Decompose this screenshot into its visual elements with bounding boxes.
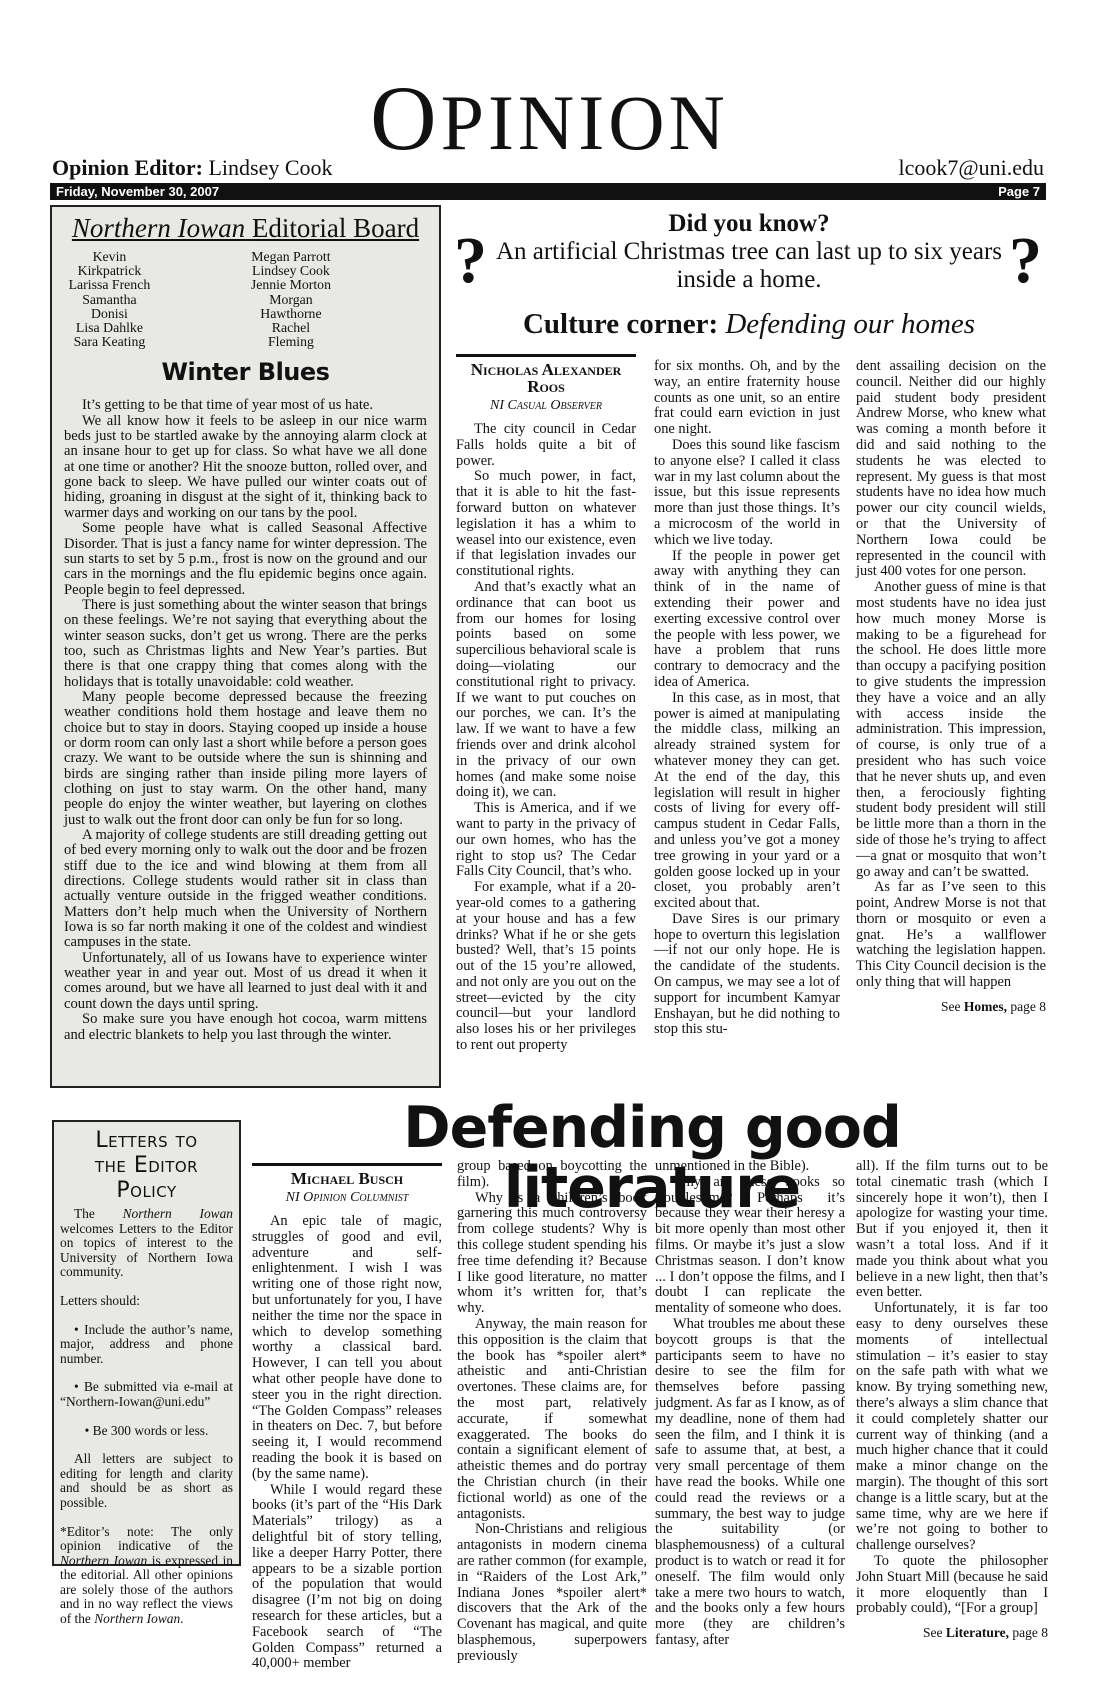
literature-column-1: Michael Busch NI Opinion Columnist An ep… [252, 1163, 442, 1672]
text: The [74, 1206, 95, 1221]
paragraph: An epic tale of magic, struggles of good… [252, 1214, 442, 1483]
paragraph: Unfortunately, it is far too easy to den… [856, 1301, 1048, 1554]
paragraph: The city council in Cedar Falls holds qu… [456, 422, 636, 469]
date-bar: Friday, November 30, 2007 Page 7 [50, 183, 1046, 200]
editorial-headline: Winter Blues [64, 358, 427, 386]
board-member: Lisa Dahlke [68, 321, 152, 335]
title-line: Policy [60, 1178, 233, 1203]
letters-policy-box: Letters to the Editor Policy The Norther… [52, 1120, 241, 1566]
paragraph: group based on boycotting the film). [457, 1159, 647, 1191]
text: *Editor’s note: The only opinion indicat… [60, 1524, 233, 1554]
byline-rule [456, 354, 636, 357]
author-role: NI Opinion Columnist [252, 1190, 442, 1206]
board-member: Larissa French [68, 278, 152, 292]
paragraph: This is America, and if we want to party… [456, 801, 636, 880]
culture-column-3: dent assailing decision on the council. … [856, 359, 1046, 1015]
paragraph: unmentioned in the Bible). [655, 1159, 845, 1175]
paragraph: Another guess of mine is that most stude… [856, 580, 1046, 880]
policy-rule: • Include the author’s name, major, addr… [60, 1323, 233, 1367]
article-body: for six months. Oh, and by the way, an e… [654, 359, 840, 1038]
board-members-right: Megan Parrott Lindsey Cook Jennie Morton… [249, 250, 423, 349]
paragraph: Unfortunately, all of us Iowans have to … [64, 951, 427, 1012]
literature-column-3: unmentioned in the Bible). Why are these… [655, 1159, 845, 1649]
editor-name: Lindsey Cook [208, 155, 332, 180]
policy-rules-label: Letters should: [60, 1294, 233, 1309]
editors-note: *Editor’s note: The only opinion indicat… [60, 1525, 233, 1627]
article-body: group based on boycotting the film). Why… [457, 1159, 647, 1665]
editor-credit: Opinion Editor: Lindsey Cook [52, 157, 333, 179]
continued-section: Literature, [946, 1625, 1009, 1640]
literature-column-4: all). If the film turns out to be total … [856, 1159, 1048, 1641]
editorial-body: It’s getting to be that time of year mos… [64, 398, 427, 1042]
board-member: Kevin Kirkpatrick [68, 250, 152, 278]
paragraph: Dave Sires is our primary hope to overtu… [654, 912, 840, 1038]
paper-name: Northern Iowan [94, 1611, 180, 1626]
title-line: Letters to [60, 1128, 233, 1153]
title-line: the Editor [60, 1153, 233, 1178]
board-members: Kevin Kirkpatrick Larissa French Samanth… [64, 250, 427, 349]
section-title: OPINION [0, 72, 1099, 164]
article-body: The city council in Cedar Falls holds qu… [456, 422, 636, 1054]
paragraph: Why is a children’s book garnering this … [457, 1191, 647, 1317]
paper-name: Northern Iowan [123, 1206, 233, 1221]
paragraph: Anyway, the main reason for this opposit… [457, 1317, 647, 1522]
board-member: Lindsey Cook [249, 264, 333, 278]
continued-page: page 8 [1012, 1625, 1048, 1640]
policy-editing-note: All letters are subject to editing for l… [60, 1452, 233, 1510]
paragraph: for six months. Oh, and by the way, an e… [654, 359, 840, 438]
paragraph: As far as I’ve seen to this point, Andre… [856, 880, 1046, 991]
board-member: Jennie Morton [249, 278, 333, 292]
paragraph: dent assailing decision on the council. … [856, 359, 1046, 580]
culture-column-1: Nicholas Alexander Roos NI Casual Observ… [456, 354, 636, 1054]
article-title: Defending our homes [725, 308, 975, 340]
board-member: Megan Parrott [249, 250, 333, 264]
continued-prefix: See [941, 999, 961, 1014]
policy-rule: • Be submitted via e-mail at “Northern-I… [60, 1380, 233, 1409]
continued-prefix: See [923, 1625, 943, 1640]
continued-link[interactable]: See Literature, page 8 [856, 1625, 1048, 1641]
paper-name: Northern Iowan [60, 1553, 147, 1568]
paragraph: If the people in power get away with any… [654, 549, 840, 691]
text: welcomes Letters to the Editor on topics… [60, 1221, 233, 1280]
board-label: Editorial Board [252, 213, 419, 243]
continued-link[interactable]: See Homes, page 8 [856, 999, 1046, 1015]
paragraph: Non-Christians and religious antagonists… [457, 1522, 647, 1664]
paragraph: Some people have what is called Seasonal… [64, 521, 427, 598]
continued-page: page 8 [1010, 999, 1046, 1014]
issue-date: Friday, November 30, 2007 [56, 183, 219, 200]
paragraph: So much power, in fact, that it is able … [456, 469, 636, 580]
text: . [180, 1611, 183, 1626]
paragraph: To quote the philosopher John Stuart Mil… [856, 1554, 1048, 1617]
page-number: Page 7 [998, 183, 1040, 200]
culture-corner-headline: Culture corner: Defending our homes [452, 308, 1046, 340]
article-body: An epic tale of magic, struggles of good… [252, 1214, 442, 1672]
author-role: NI Casual Observer [456, 398, 636, 414]
paragraph: We all know how it feels to be asleep in… [64, 414, 427, 521]
literature-column-2: group based on boycotting the film). Why… [457, 1159, 647, 1665]
board-member: Sara Keating [68, 335, 152, 349]
paragraph: While I would regard these books (it’s p… [252, 1483, 442, 1673]
author-name: Michael Busch [252, 1170, 442, 1187]
paragraph: There is just something about the winter… [64, 598, 427, 690]
paragraph: And that’s exactly what an ordinance tha… [456, 580, 636, 801]
section-title-initial: O [370, 67, 440, 169]
section-title-rest: PINION [441, 79, 729, 166]
paper-name: Northern Iowan [72, 213, 245, 243]
question-mark-icon: ? [1009, 228, 1042, 294]
article-body: unmentioned in the Bible). Why are these… [655, 1159, 845, 1649]
author-name: Nicholas Alexander Roos [456, 361, 636, 395]
question-mark-icon: ? [454, 228, 487, 294]
paragraph: all). If the film turns out to be total … [856, 1159, 1048, 1301]
board-member: Morgan Hawthorne [249, 293, 333, 321]
paragraph: Many people become depressed because the… [64, 690, 427, 828]
editorial-board-box: Northern Iowan Editorial Board Kevin Kir… [50, 205, 441, 1088]
paragraph: A majority of college students are still… [64, 828, 427, 951]
paragraph: In this case, as in most, that power is … [654, 691, 840, 912]
paragraph: Does this sound like fascism to anyone e… [654, 438, 840, 549]
paragraph: Why are these books so troublesome? Perh… [655, 1175, 845, 1317]
letters-policy-body: The Northern Iowan welcomes Letters to t… [60, 1207, 233, 1627]
article-body: all). If the film turns out to be total … [856, 1159, 1048, 1617]
article-body: dent assailing decision on the council. … [856, 359, 1046, 991]
did-you-know-fact: An artificial Christmas tree can last up… [452, 238, 1046, 294]
continued-section: Homes, [964, 999, 1007, 1014]
editorial-board-title: Northern Iowan Editorial Board [64, 213, 427, 244]
policy-rule: • Be 300 words or less. [60, 1424, 233, 1439]
paragraph: It’s getting to be that time of year mos… [64, 398, 427, 413]
policy-intro: The Northern Iowan welcomes Letters to t… [60, 1207, 233, 1280]
paragraph: So make sure you have enough hot cocoa, … [64, 1012, 427, 1043]
editor-email[interactable]: lcook7@uni.edu [898, 157, 1044, 179]
byline-rule [252, 1163, 442, 1166]
editor-label: Opinion Editor: [52, 155, 203, 180]
did-you-know-heading: Did you know? [452, 210, 1046, 238]
board-member: Samantha Donisi [68, 293, 152, 321]
letters-policy-title: Letters to the Editor Policy [60, 1128, 233, 1203]
board-members-left: Kevin Kirkpatrick Larissa French Samanth… [68, 250, 242, 349]
paragraph: What troubles me about these boycott gro… [655, 1317, 845, 1649]
culture-column-2: for six months. Oh, and by the way, an e… [654, 359, 840, 1038]
column-label: Culture corner: [523, 308, 718, 340]
paragraph: For example, what if a 20-year-old comes… [456, 880, 636, 1054]
board-member: Rachel Fleming [249, 321, 333, 349]
did-you-know-box: ? ? Did you know? An artificial Christma… [452, 210, 1046, 294]
